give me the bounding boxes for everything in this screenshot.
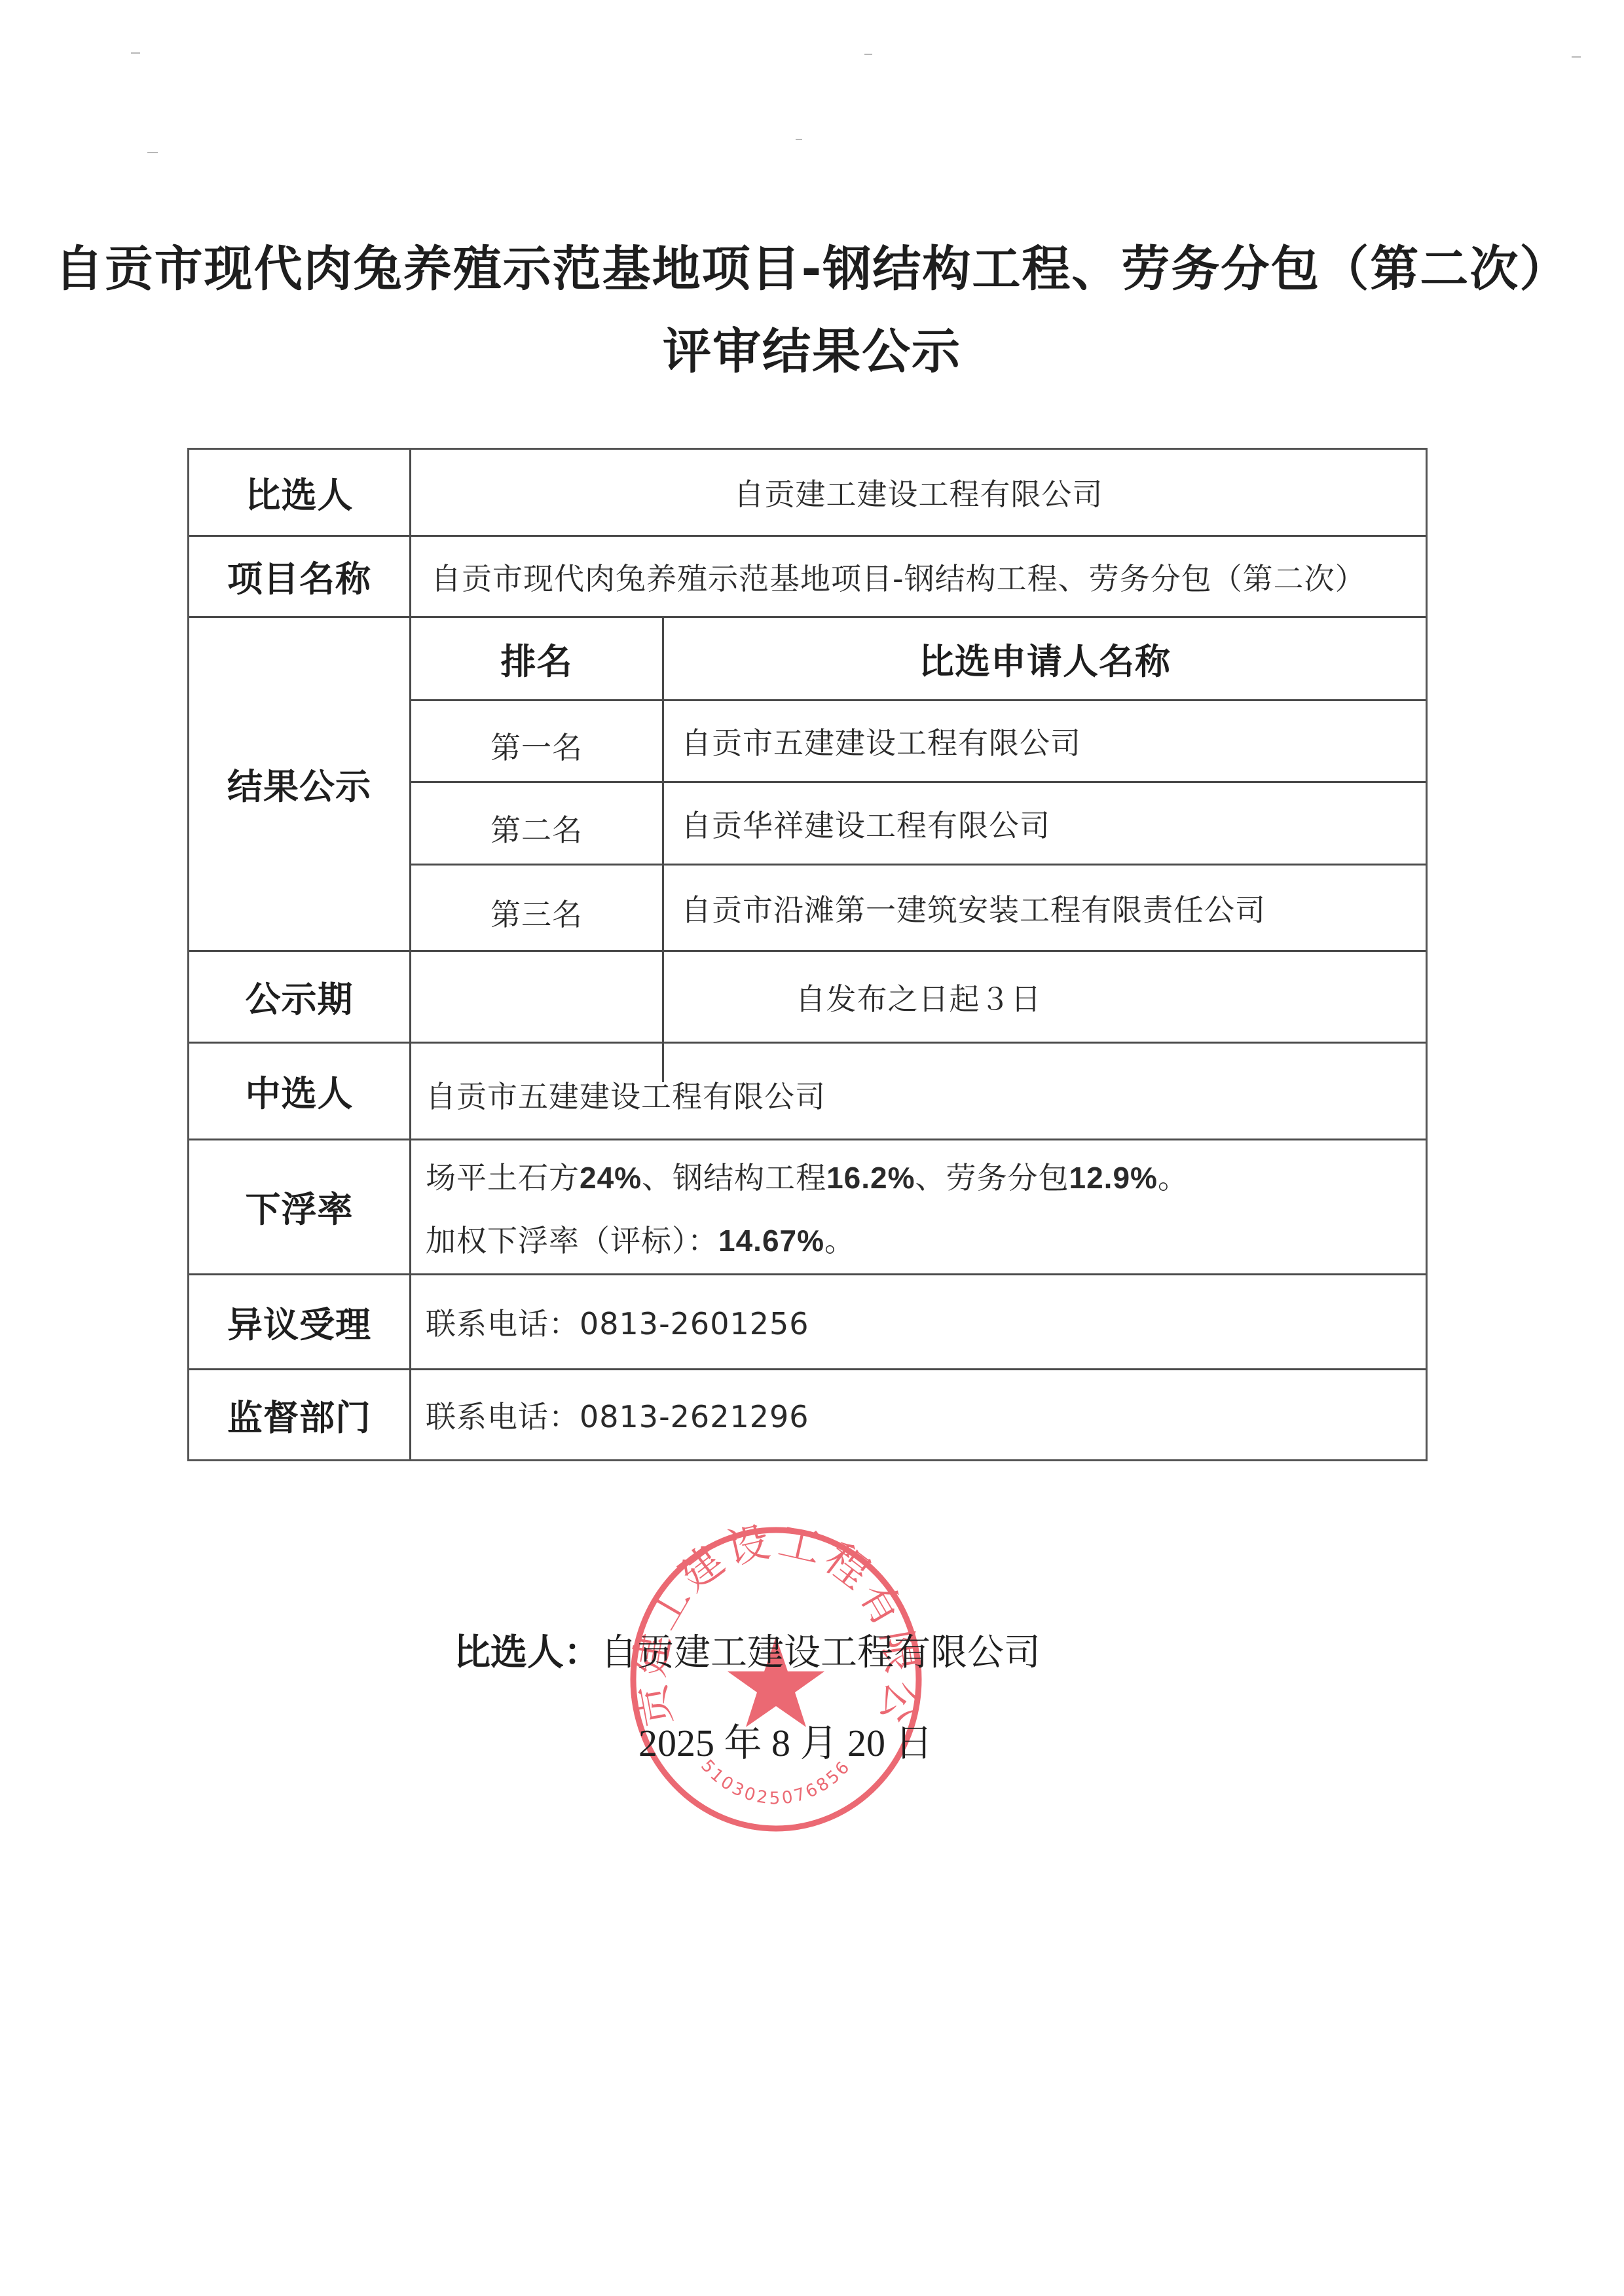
results-table: 比选人 自贡建工建设工程有限公司 项目名称 自贡市现代肉兔养殖示范基地项目-钢结…: [187, 448, 1428, 1461]
rank-2: 第二名: [411, 783, 662, 864]
rate-item-label: 场平土石方: [426, 1160, 580, 1195]
rate-value: 12.9%: [1069, 1161, 1158, 1195]
value-supervision-phone: 联系电话：0813-2621296: [411, 1370, 1426, 1459]
value-period: 自发布之日起３日: [411, 952, 1426, 1042]
rank-3: 第三名: [411, 866, 662, 950]
scan-artifact: [147, 152, 158, 153]
rate-item-label: 、劳务分包: [915, 1160, 1069, 1195]
label-selector: 比选人: [189, 450, 409, 535]
scan-artifact: [864, 54, 872, 55]
rate-item-label: 加权下浮率（评标）：: [426, 1223, 718, 1258]
punctuation: 。: [1158, 1160, 1189, 1195]
label-period: 公示期: [189, 952, 409, 1042]
rate-item-label: 、钢结构工程: [642, 1160, 826, 1195]
rate-value: 14.67%: [718, 1224, 824, 1258]
applicant-3: 自贡市沿滩第一建筑安装工程有限责任公司: [664, 866, 1426, 950]
label-winner: 中选人: [189, 1044, 409, 1139]
rate-value: 24%: [580, 1161, 642, 1195]
signer-line: 比选人：自贡建工建设工程有限公司: [454, 1624, 1041, 1676]
scan-artifact: [1572, 56, 1581, 58]
official-seal-icon: 自贡建工建设工程有限公司 5103025076856: [625, 1522, 927, 1836]
header-applicant-name: 比选申请人名称: [664, 618, 1426, 699]
applicant-1: 自贡市五建建设工程有限公司: [664, 701, 1426, 781]
punctuation: 。: [824, 1223, 855, 1258]
applicant-2: 自贡华祥建设工程有限公司: [664, 783, 1426, 864]
rate-value: 16.2%: [826, 1161, 915, 1195]
label-project-name: 项目名称: [189, 537, 409, 616]
value-discount-rate: 场平土石方24%、钢结构工程16.2%、劳务分包12.9%。 加权下浮率（评标）…: [411, 1140, 1426, 1273]
label-results: 结果公示: [189, 618, 409, 950]
label-supervision: 监督部门: [189, 1370, 409, 1459]
value-project-name: 自贡市现代肉兔养殖示范基地项目-钢结构工程、劳务分包（第二次）: [411, 537, 1426, 616]
scan-artifact: [131, 52, 140, 54]
label-discount-rate: 下浮率: [189, 1140, 409, 1273]
discount-rate-breakdown: 场平土石方24%、钢结构工程16.2%、劳务分包12.9%。: [426, 1154, 1189, 1197]
rank-1: 第一名: [411, 701, 662, 781]
weighted-discount-rate: 加权下浮率（评标）：14.67%。: [426, 1217, 855, 1260]
value-selector: 自贡建工建设工程有限公司: [411, 450, 1426, 535]
document-subtitle: 评审结果公示: [0, 313, 1624, 382]
value-winner: 自贡市五建建设工程有限公司: [411, 1044, 1426, 1139]
label-objection: 异议受理: [189, 1275, 409, 1368]
signer-name: 自贡建工建设工程有限公司: [600, 1631, 1041, 1674]
document-title: 自贡市现代肉兔养殖示范基地项目-钢结构工程、劳务分包（第二次）: [0, 230, 1624, 300]
scan-artifact: [796, 139, 802, 140]
signer-label: 比选人：: [454, 1631, 600, 1674]
signature-date: 2025 年 8 月 20 日: [638, 1712, 933, 1767]
header-rank: 排名: [411, 618, 662, 699]
value-objection-phone: 联系电话：0813-2601256: [411, 1275, 1426, 1368]
